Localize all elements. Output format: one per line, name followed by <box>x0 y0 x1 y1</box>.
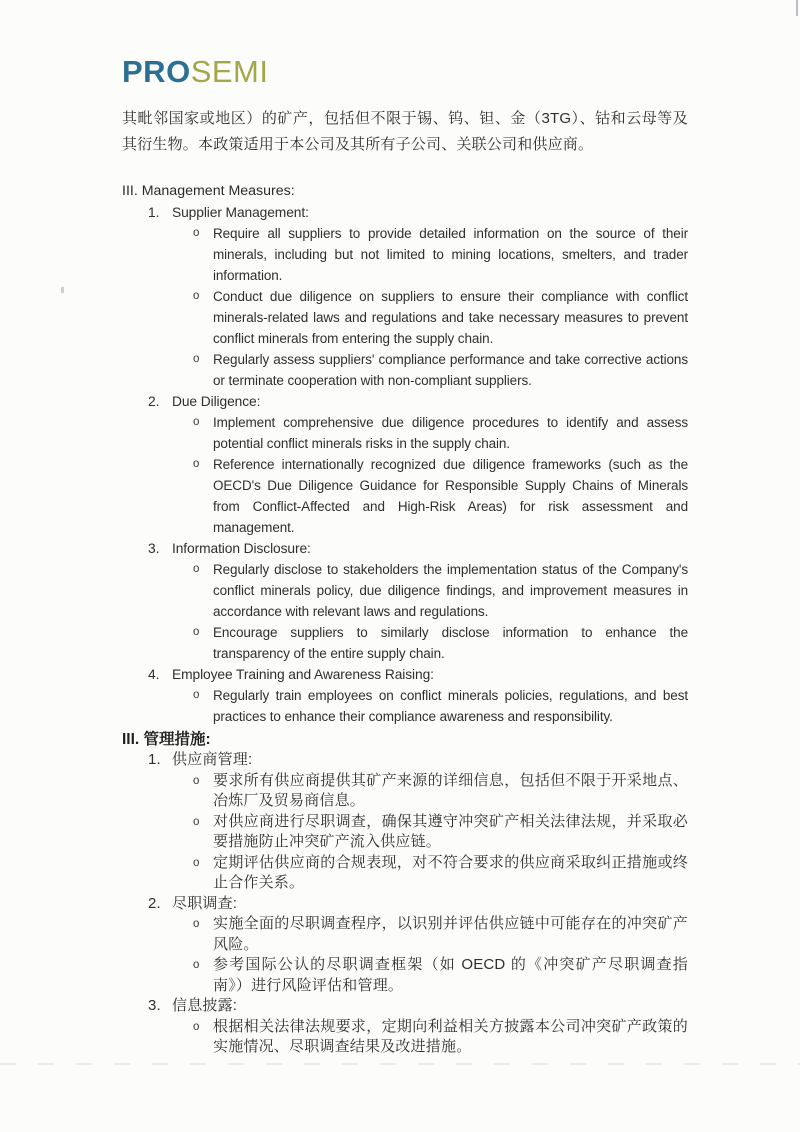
item-title-text: Due Diligence: <box>172 391 260 412</box>
list-item: 4.Employee Training and Awareness Raisin… <box>122 664 688 727</box>
item-number: 2. <box>148 894 172 915</box>
bullet-item: o Conduct due diligence on suppliers to … <box>122 286 688 349</box>
bullet-marker: o <box>193 349 213 391</box>
section-heading-zh: III. 管理措施: <box>122 729 688 750</box>
bullet-item: o Implement comprehensive due diligence … <box>122 412 688 454</box>
bullet-item: o 根据相关法律法规要求，定期向利益相关方披露本公司冲突矿产政策的实施情况、尽职… <box>122 1017 688 1058</box>
bullet-item: o 定期评估供应商的合规表现，对不符合要求的供应商采取纠正措施或终止合作关系。 <box>122 853 688 894</box>
bullet-text: 定期评估供应商的合规表现，对不符合要求的供应商采取纠正措施或终止合作关系。 <box>213 853 688 894</box>
bullet-text: Regularly disclose to stakeholders the i… <box>213 559 688 622</box>
item-title: 3.信息披露: <box>122 996 688 1017</box>
bullet-item: o Encourage suppliers to similarly discl… <box>122 622 688 664</box>
bullet-text: Require all suppliers to provide detaile… <box>213 223 688 286</box>
item-title-text: Information Disclosure: <box>172 538 311 559</box>
bullet-text: Reference internationally recognized due… <box>213 454 688 538</box>
bullet-text: 要求所有供应商提供其矿产来源的详细信息，包括但不限于开采地点、冶炼厂及贸易商信息… <box>213 771 688 812</box>
bullet-item: o 参考国际公认的尽职调查框架（如 OECD 的《冲突矿产尽职调查指南》）进行风… <box>122 955 688 996</box>
item-title: 2.Due Diligence: <box>122 391 688 412</box>
bullet-item: o Require all suppliers to provide detai… <box>122 223 688 286</box>
item-number: 3. <box>148 538 172 559</box>
scan-noise-artifact <box>0 1063 800 1065</box>
scan-speck-artifact <box>61 287 64 293</box>
prosemi-logo: PROSEMI <box>122 55 688 89</box>
item-title: 2.尽职调查: <box>122 894 688 915</box>
bullet-marker: o <box>193 559 213 622</box>
bullet-marker: o <box>193 685 213 727</box>
item-title-text: 尽职调查: <box>172 894 237 915</box>
bullet-item: o Reference internationally recognized d… <box>122 454 688 538</box>
logo-text-semi: SEMI <box>191 54 269 89</box>
item-title-text: Employee Training and Awareness Raising: <box>172 664 434 685</box>
bullet-marker: o <box>193 1017 213 1058</box>
intro-paragraph-zh: 其毗邻国家或地区）的矿产，包括但不限于锡、钨、钽、金（3TG）、钴和云母等及其衍… <box>122 106 688 158</box>
item-title: 3.Information Disclosure: <box>122 538 688 559</box>
bullet-text: Regularly train employees on conflict mi… <box>213 685 688 727</box>
scan-edge-artifact <box>796 0 798 16</box>
section-management-measures-en: III. Management Measures: 1.Supplier Man… <box>122 181 688 727</box>
section-management-measures-zh: III. 管理措施: 1.供应商管理: o 要求所有供应商提供其矿产来源的详细信… <box>122 729 688 1058</box>
item-title: 1.Supplier Management: <box>122 202 688 223</box>
document-page: PROSEMI 其毗邻国家或地区）的矿产，包括但不限于锡、钨、钽、金（3TG）、… <box>0 0 800 1132</box>
logo-text-pro: PRO <box>122 54 191 89</box>
bullet-item: o 要求所有供应商提供其矿产来源的详细信息，包括但不限于开采地点、冶炼厂及贸易商… <box>122 771 688 812</box>
bullet-item: o Regularly assess suppliers' compliance… <box>122 349 688 391</box>
list-item: 2.尽职调查: o 实施全面的尽职调查程序，以识别并评估供应链中可能存在的冲突矿… <box>122 894 688 997</box>
bullet-item: o Regularly disclose to stakeholders the… <box>122 559 688 622</box>
list-item: 1.Supplier Management: o Require all sup… <box>122 202 688 391</box>
bullet-marker: o <box>193 286 213 349</box>
bullet-marker: o <box>193 454 213 538</box>
item-title-text: Supplier Management: <box>172 202 309 223</box>
bullet-text: Regularly assess suppliers' compliance p… <box>213 349 688 391</box>
bullet-marker: o <box>193 412 213 454</box>
bullet-text: Conduct due diligence on suppliers to en… <box>213 286 688 349</box>
bullet-text: 实施全面的尽职调查程序，以识别并评估供应链中可能存在的冲突矿产风险。 <box>213 914 688 955</box>
item-title-text: 供应商管理: <box>172 750 252 771</box>
item-number: 3. <box>148 996 172 1017</box>
item-title: 4.Employee Training and Awareness Raisin… <box>122 664 688 685</box>
list-item: 2.Due Diligence: o Implement comprehensi… <box>122 391 688 538</box>
item-title-text: 信息披露: <box>172 996 237 1017</box>
bullet-item: o Regularly train employees on conflict … <box>122 685 688 727</box>
bullet-marker: o <box>193 223 213 286</box>
bullet-marker: o <box>193 853 213 894</box>
bullet-marker: o <box>193 622 213 664</box>
bullet-item: o 对供应商进行尽职调查，确保其遵守冲突矿产相关法律法规，并采取必要措施防止冲突… <box>122 812 688 853</box>
bullet-text: Implement comprehensive due diligence pr… <box>213 412 688 454</box>
list-item: 3.信息披露: o 根据相关法律法规要求，定期向利益相关方披露本公司冲突矿产政策… <box>122 996 688 1058</box>
list-item: 3.Information Disclosure: o Regularly di… <box>122 538 688 664</box>
list-item: 1.供应商管理: o 要求所有供应商提供其矿产来源的详细信息，包括但不限于开采地… <box>122 750 688 894</box>
bullet-marker: o <box>193 812 213 853</box>
bullet-marker: o <box>193 914 213 955</box>
bullet-marker: o <box>193 955 213 996</box>
bullet-text: 参考国际公认的尽职调查框架（如 OECD 的《冲突矿产尽职调查指南》）进行风险评… <box>213 955 688 996</box>
item-number: 2. <box>148 391 172 412</box>
bullet-marker: o <box>193 771 213 812</box>
item-number: 1. <box>148 750 172 771</box>
item-title: 1.供应商管理: <box>122 750 688 771</box>
bullet-text: 对供应商进行尽职调查，确保其遵守冲突矿产相关法律法规，并采取必要措施防止冲突矿产… <box>213 812 688 853</box>
item-number: 1. <box>148 202 172 223</box>
bullet-text: 根据相关法律法规要求，定期向利益相关方披露本公司冲突矿产政策的实施情况、尽职调查… <box>213 1017 688 1058</box>
bullet-text: Encourage suppliers to similarly disclos… <box>213 622 688 664</box>
section-heading-en: III. Management Measures: <box>122 181 688 202</box>
bullet-item: o 实施全面的尽职调查程序，以识别并评估供应链中可能存在的冲突矿产风险。 <box>122 914 688 955</box>
item-number: 4. <box>148 664 172 685</box>
